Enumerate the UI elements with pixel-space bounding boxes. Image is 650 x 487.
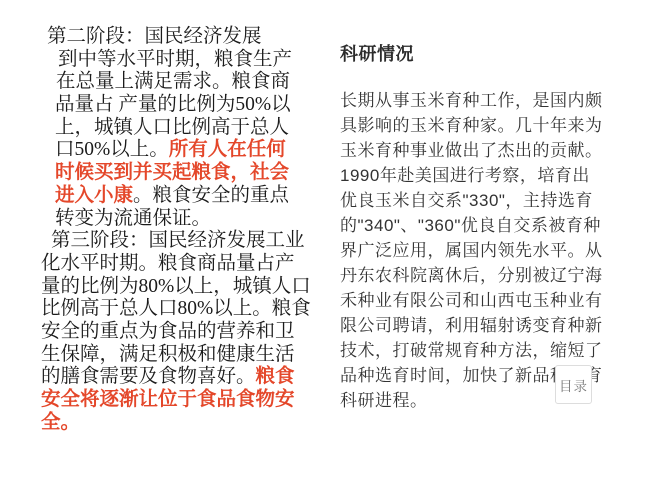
text-run: 禾种业有限公司和山西屯玉种业有 bbox=[340, 291, 603, 310]
text-run: 具影响的玉米育种家。几十年来为 bbox=[340, 116, 603, 135]
text-line: 的膳食需要及食物喜好。粮食 bbox=[41, 366, 321, 389]
text-run: 优良玉米自交系"330"，主持选育 bbox=[340, 191, 593, 210]
text-line: 限公司聘请，利用辐射诱变育种新 bbox=[340, 313, 635, 338]
text-line: 安全的重点为食品的营养和卫 bbox=[41, 321, 321, 344]
text-run: 1990年赴美国进行考察，培育出 bbox=[340, 166, 590, 185]
text-run: 安全的重点为食品的营养和卫 bbox=[41, 321, 295, 342]
text-run: 到中等水平时期，粮食生产 bbox=[58, 49, 292, 70]
text-line: 第三阶段：国民经济发展工业 bbox=[51, 230, 321, 253]
left-page-text: 第二阶段：国民经济发展到中等水平时期，粮食生产在总量上满足需求。粮食商品量占 产… bbox=[41, 26, 321, 434]
text-run: 量的比例为80%以上，城镇人口 bbox=[41, 276, 311, 297]
text-line: 在总量上满足需求。粮食商 bbox=[56, 71, 321, 94]
text-run: 生保障，满足积极和健康生活 bbox=[41, 344, 295, 365]
text-line: 化水平时期。粮食商品量占产 bbox=[41, 253, 321, 276]
text-line: 长期从事玉米育种工作，是国内颇 bbox=[340, 88, 635, 113]
text-run: 化水平时期。粮食商品量占产 bbox=[41, 253, 295, 274]
text-run: 的膳食需要及食物喜好。 bbox=[41, 366, 256, 387]
text-line: 口50%以上。所有人在任何 bbox=[55, 139, 321, 162]
text-line: 量的比例为80%以上，城镇人口 bbox=[41, 276, 321, 299]
text-run: 第三阶段：国民经济发展工业 bbox=[51, 230, 305, 251]
text-run: 全。 bbox=[41, 412, 80, 433]
toc-button[interactable]: 目录 bbox=[555, 365, 592, 404]
right-article: 科研情况 长期从事玉米育种工作，是国内颇具影响的玉米育种家。几十年来为玉米育种事… bbox=[340, 44, 635, 413]
text-line: 时候买到并买起粮食，社会 bbox=[55, 162, 321, 185]
text-line: 具影响的玉米育种家。几十年来为 bbox=[340, 113, 635, 138]
text-line: 禾种业有限公司和山西屯玉种业有 bbox=[340, 288, 635, 313]
text-run: 安全将逐渐让位于食品食物安 bbox=[41, 389, 295, 410]
text-line: 上，城镇人口比例高于总人 bbox=[55, 117, 321, 140]
text-run: 技术，打破常规育种方法，缩短了 bbox=[340, 341, 603, 360]
text-run: 的"340"、"360"优良自交系被育种 bbox=[340, 216, 601, 235]
text-run: 时候买到并买起粮食，社会 bbox=[55, 162, 289, 183]
text-line: 1990年赴美国进行考察，培育出 bbox=[340, 163, 635, 188]
text-line: 比例高于总人口80%以上。粮食 bbox=[41, 298, 321, 321]
toc-button-label: 目录 bbox=[559, 375, 588, 395]
text-line: 到中等水平时期，粮食生产 bbox=[58, 49, 321, 72]
text-line: 技术，打破常规育种方法，缩短了 bbox=[340, 338, 635, 363]
text-run: 转变为流通保证。 bbox=[55, 208, 211, 229]
text-line: 丹东农科院离休后，分别被辽宁海 bbox=[340, 263, 635, 288]
text-line: 玉米育种事业做出了杰出的贡献。 bbox=[340, 138, 635, 163]
text-run: 在总量上满足需求。粮食商 bbox=[56, 71, 290, 92]
article-body: 长期从事玉米育种工作，是国内颇具影响的玉米育种家。几十年来为玉米育种事业做出了杰… bbox=[340, 88, 635, 413]
text-line: 优良玉米自交系"330"，主持选育 bbox=[340, 188, 635, 213]
text-run: 界广泛应用，属国内领先水平。从 bbox=[340, 241, 603, 260]
text-line: 的"340"、"360"优良自交系被育种 bbox=[340, 213, 635, 238]
section-heading: 科研情况 bbox=[340, 44, 635, 64]
text-run: 品量占 产量的比例为50%以 bbox=[55, 94, 291, 115]
text-line: 第二阶段：国民经济发展 bbox=[47, 26, 321, 49]
text-run: 上，城镇人口比例高于总人 bbox=[55, 117, 289, 138]
text-run: 粮食 bbox=[256, 366, 295, 387]
text-run: 口50%以上。 bbox=[55, 139, 169, 160]
text-line: 转变为流通保证。 bbox=[55, 208, 321, 231]
text-run: 限公司聘请，利用辐射诱变育种新 bbox=[340, 316, 603, 335]
reader-page: 第二阶段：国民经济发展到中等水平时期，粮食生产在总量上满足需求。粮食商品量占 产… bbox=[0, 0, 650, 487]
text-line: 全。 bbox=[41, 412, 321, 435]
text-run: 科研进程。 bbox=[340, 391, 428, 410]
text-run: 长期从事玉米育种工作，是国内颇 bbox=[340, 91, 603, 110]
text-line: 品量占 产量的比例为50%以 bbox=[55, 94, 321, 117]
text-line: 进入小康。粮食安全的重点 bbox=[55, 185, 321, 208]
text-run: 玉米育种事业做出了杰出的贡献。 bbox=[340, 141, 603, 160]
text-run: 丹东农科院离休后，分别被辽宁海 bbox=[340, 266, 603, 285]
text-line: 界广泛应用，属国内领先水平。从 bbox=[340, 238, 635, 263]
text-run: 所有人在任何 bbox=[169, 139, 286, 160]
text-line: 生保障，满足积极和健康生活 bbox=[41, 344, 321, 367]
text-run: 进入小康 bbox=[55, 185, 133, 206]
text-run: 。粮食安全的重点 bbox=[133, 185, 289, 206]
text-run: 比例高于总人口80%以上。粮食 bbox=[41, 298, 311, 319]
text-run: 第二阶段：国民经济发展 bbox=[47, 26, 262, 47]
text-line: 安全将逐渐让位于食品食物安 bbox=[41, 389, 321, 412]
